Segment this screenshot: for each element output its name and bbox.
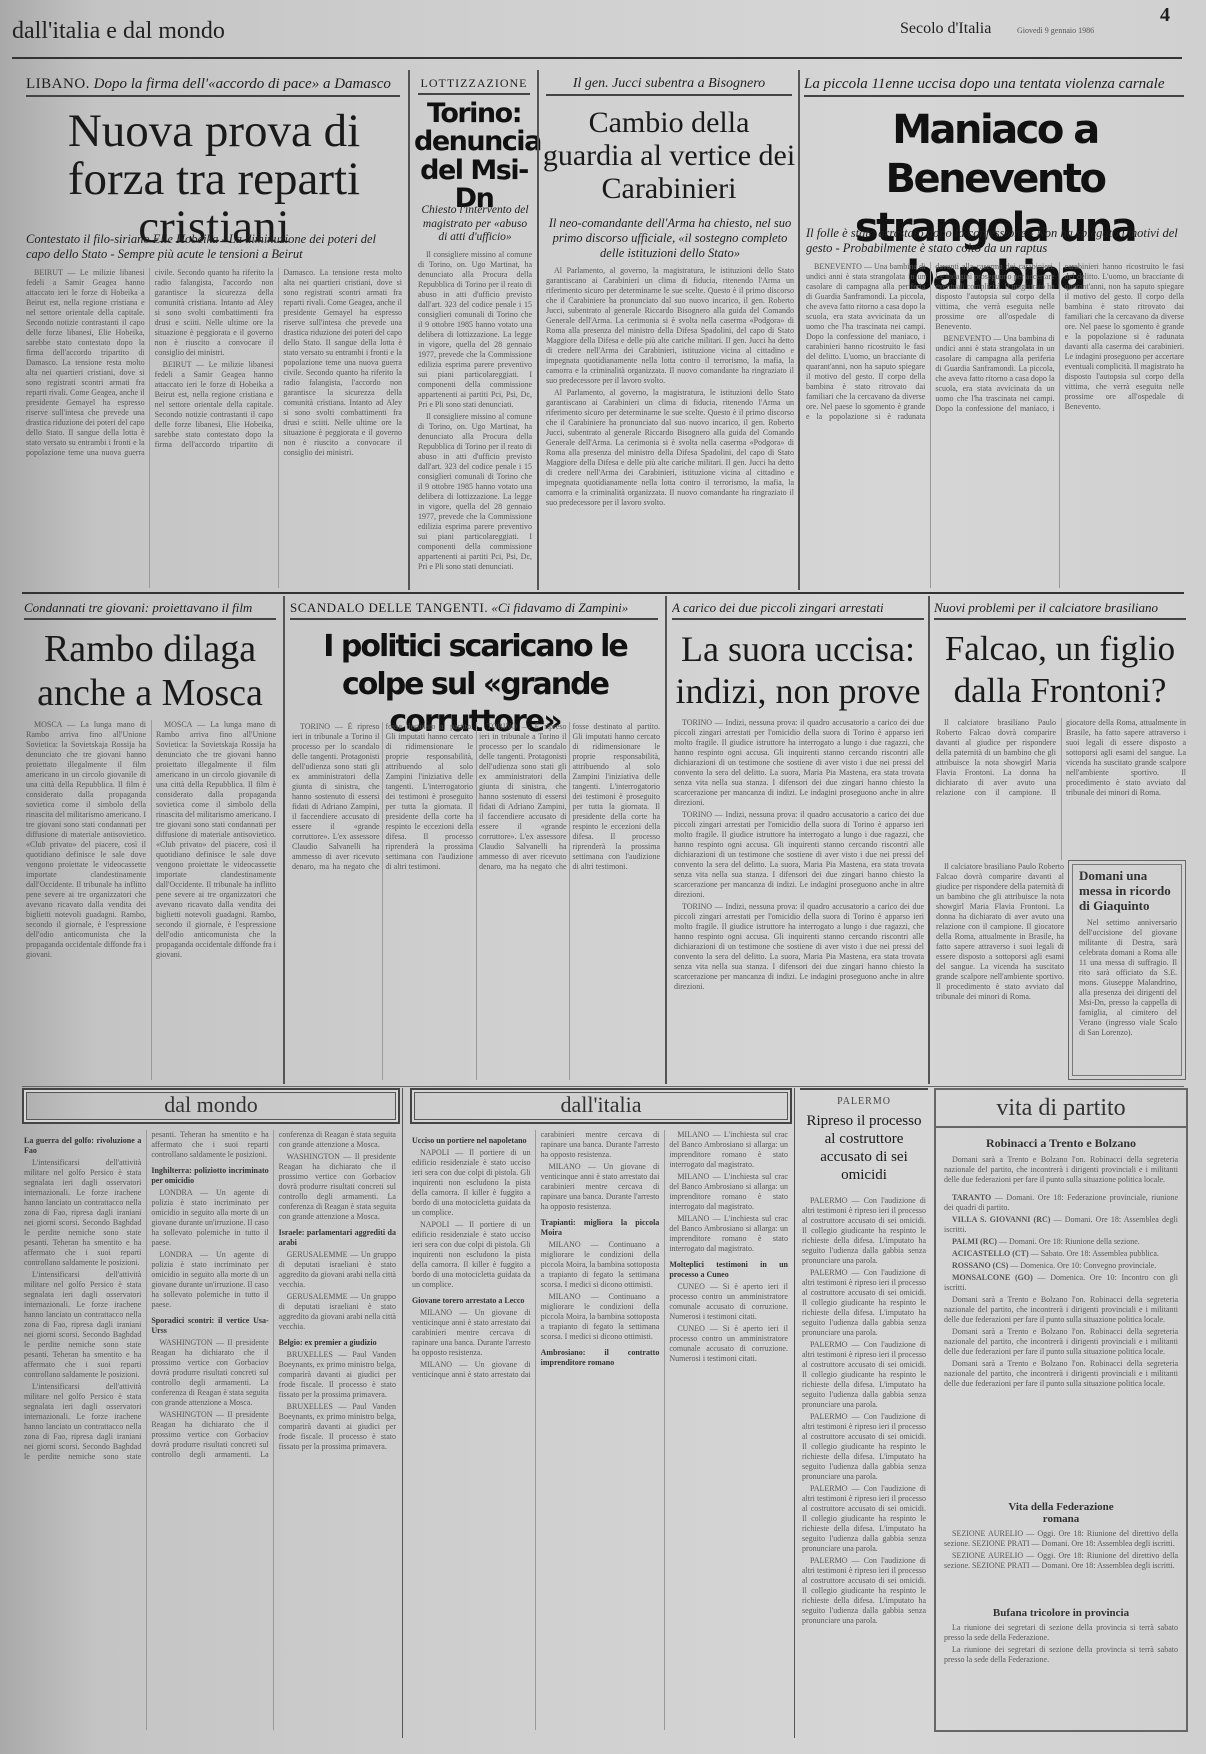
- vita-di-partito-events: TARANTO — Domani. Ore 18: Federazione pr…: [936, 1187, 1186, 1493]
- article-libano-body: BEIRUT — Le milizie libanesi fedeli a Sa…: [26, 268, 402, 588]
- band-rule: [22, 1086, 1184, 1087]
- vita-di-partito-title: vita di partito: [936, 1090, 1186, 1128]
- column-rule: [537, 70, 539, 590]
- article-carabinieri-body: Al Parlamento, al governo, la magistratu…: [546, 266, 794, 588]
- article-carabinieri-headline: Cambio della guardia al vertice dei Cara…: [540, 106, 798, 205]
- column-rule: [402, 1088, 403, 1738]
- issue-date: Giovedì 9 gennaio 1986: [1017, 26, 1094, 35]
- column-rule: [408, 70, 410, 590]
- palermo-kicker: PALERMO: [800, 1096, 928, 1107]
- article-benevento-body: BENEVENTO — Una bambina di undici anni è…: [806, 262, 1184, 588]
- vita-federazione-headline: Vita della Federazione romana: [936, 1493, 1186, 1527]
- vita-di-partito-intro: Domani sarà a Trento e Bolzano l'on. Rob…: [936, 1155, 1186, 1187]
- notice-box: Domani una messa in ricordo di Giaquinto…: [1068, 860, 1186, 1080]
- article-falcao-body: Il calciatore brasiliano Paulo Roberto F…: [936, 718, 1186, 860]
- section-title: dall'italia e dal mondo: [12, 18, 225, 45]
- closing-headline: Bufana tricolore in provincia: [936, 1601, 1186, 1621]
- vita-federazione-body: SEZIONE AURELIO — Oggi. Ore 18: Riunione…: [936, 1527, 1186, 1601]
- vita-di-partito-headline: Robinacci a Trento e Bolzano: [936, 1128, 1186, 1155]
- article-rambo-kicker: Condannati tre giovani: proiettavano il …: [24, 600, 276, 620]
- article-suora-body: TORINO — Indizi, nessuna prova: il quadr…: [674, 718, 924, 1080]
- article-torino-kicker: LOTTIZZAZIONE: [418, 76, 530, 95]
- article-libano-headline: Nuova prova di forza tra reparti cristia…: [22, 108, 406, 252]
- palermo-headline: Ripreso il processo al costruttore accus…: [800, 1112, 928, 1184]
- dal-mondo-body: La guerra del golfo: rivoluzione a Fao L…: [24, 1130, 396, 1730]
- column-rule: [928, 596, 930, 1084]
- masthead-rule: [12, 57, 1182, 59]
- newspaper-page: dall'italia e dal mondo Secolo d'Italia …: [0, 0, 1206, 1754]
- article-rambo-headline: Rambo dilaga anche a Mosca: [22, 628, 278, 715]
- article-benevento-kicker: La piccola 11enne uccisa dopo una tentat…: [804, 76, 1184, 97]
- article-torino-body: Il consigliere missino al comune di Tori…: [418, 250, 532, 588]
- vita-di-partito-box: vita di partito Robinacci a Trento e Bol…: [934, 1088, 1188, 1732]
- article-carabinieri-deck: Il neo-comandante dell'Arma ha chiesto, …: [546, 216, 794, 260]
- article-falcao-body-cont: Il calciatore brasiliano Paulo Roberto F…: [936, 862, 1064, 1080]
- article-rambo-body: MOSCA — La lunga mano di Rambo arriva fi…: [26, 720, 276, 1080]
- article-libano-kicker: LIBANO. Dopo la firma dell'«accordo di p…: [26, 76, 400, 97]
- notice-body: Nel settimo anniversario dell'uccisione …: [1069, 918, 1185, 1038]
- article-tangenti-body: TORINO — È ripreso ieri in tribunale a T…: [292, 722, 660, 1080]
- article-torino-headline: Torino: denuncia del Msi-Dn: [414, 100, 534, 213]
- article-benevento-deck: Il folle è stato arrestato dopo la confe…: [806, 226, 1184, 256]
- article-torino-deck: Chiesto l'intervento del magistrato per …: [418, 204, 532, 245]
- article-libano-deck: Contestato il filo-siriano Elie Hobeika …: [26, 232, 402, 262]
- newspaper-name: Secolo d'Italia: [900, 20, 991, 38]
- article-tangenti-kicker: SCANDALO DELLE TANGENTI. «Ci fidavamo di…: [290, 600, 658, 620]
- article-falcao-headline: Falcao, un figlio dalla Frontoni?: [932, 628, 1188, 712]
- palermo-body: PALERMO — Con l'audizione di altri testi…: [802, 1196, 926, 1732]
- article-suora-kicker: A carico dei due piccoli zingari arresta…: [672, 600, 924, 620]
- article-suora-headline: La suora uccisa: indizi, non prove: [668, 628, 928, 713]
- closing-body: La riunione dei segretari di sezione del…: [936, 1621, 1186, 1685]
- palermo-top-rule: [800, 1088, 928, 1090]
- column-rule: [283, 596, 285, 1084]
- section-dall-italia: dall'italia: [410, 1088, 792, 1124]
- article-falcao-kicker: Nuovi problemi per il calciatore brasili…: [934, 600, 1186, 620]
- article-carabinieri-kicker: Il gen. Jucci subentra a Bisognero: [546, 76, 792, 96]
- column-rule: [665, 596, 667, 1084]
- notice-title: Domani una messa in ricordo di Giaquinto: [1069, 861, 1185, 918]
- page-number: 4: [1160, 4, 1170, 27]
- column-rule: [794, 1088, 795, 1738]
- band-rule: [22, 592, 1184, 594]
- dall-italia-body: Ucciso un portiere nel napoletano NAPOLI…: [412, 1130, 788, 1730]
- section-dal-mondo: dal mondo: [22, 1088, 400, 1124]
